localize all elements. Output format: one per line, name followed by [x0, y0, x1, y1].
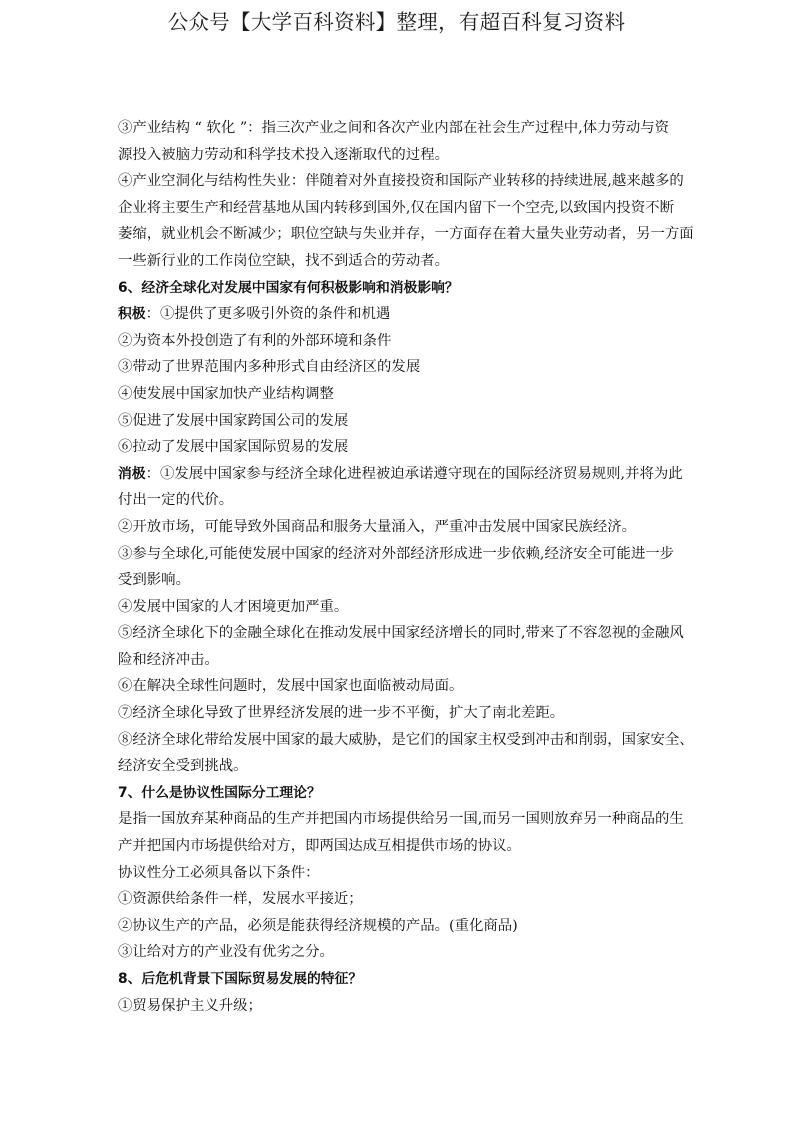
text-line: 源投入被脑力劳动和科学技术投入逐渐取代的过程。 — [118, 142, 676, 169]
label-separator: ： — [146, 306, 160, 322]
feature-item-1: ①贸易保护主义升级； — [118, 993, 676, 1020]
negative-item-8: ⑧经济全球化带给发展中国家的最大威胁，是它们的国家主权受到冲击和削弱，国家安全、 — [118, 727, 676, 754]
text-line: 一些新行业的工作岗位空缺，找不到适合的劳动者。 — [118, 248, 676, 275]
negative-item-4: ④发展中国家的人才困境更加严重。 — [118, 594, 676, 621]
conditions-intro: 协议性分工必须具备以下条件： — [118, 860, 676, 887]
negative-item-5-cont: 险和经济冲击。 — [118, 647, 676, 674]
section-heading-6: 6、经济全球化对发展中国家有何积极影响和消极影响？ — [118, 275, 676, 302]
positive-item-5: ⑤促进了发展中国家跨国公司的发展 — [118, 408, 676, 435]
text-line: ④产业空洞化与结构性失业：伴随着对外直接投资和国际产业转移的持续进展,越来越多的 — [118, 168, 676, 195]
positive-item-4: ④使发展中国家加快产业结构调整 — [118, 381, 676, 408]
positive-item-6: ⑥拉动了发展中国家国际贸易的发展 — [118, 434, 676, 461]
negative-item-1-cont: 付出一定的代价。 — [118, 487, 676, 514]
negative-item-3: ③参与全球化,可能使发展中国家的经济对外部经济形成进一步依赖,经济安全可能进一步 — [118, 541, 676, 568]
positive-item-3: ③带动了世界范围内多种形式自由经济区的发展 — [118, 354, 676, 381]
text-line: ③产业结构 “ 软化 ”：指三次产业之间和各次产业内部在社会生产过程中,体力劳动… — [118, 115, 676, 142]
document-body: ③产业结构 “ 软化 ”：指三次产业之间和各次产业内部在社会生产过程中,体力劳动… — [118, 115, 676, 1019]
negative-item-5: ⑤经济全球化下的金融全球化在推动发展中国家经济增长的同时,带来了不容忽视的金融风 — [118, 620, 676, 647]
page-header: 公众号【大学百科资料】整理，有超百科复习资料 — [0, 6, 793, 38]
negative-item-7: ⑦经济全球化导致了世界经济发展的进一步不平衡，扩大了南北差距。 — [118, 700, 676, 727]
condition-item-3: ③让给对方的产业没有优劣之分。 — [118, 939, 676, 966]
negative-item-6: ⑥在解决全球性问题时，发展中国家也面临被动局面。 — [118, 673, 676, 700]
section-heading-7: 7、什么是协议性国际分工理论？ — [118, 780, 676, 807]
positive-item-1: ①提供了更多吸引外资的条件和机遇 — [160, 306, 390, 322]
section-heading-8: 8、后危机背景下国际贸易发展的特征？ — [118, 966, 676, 993]
text-line: 企业将主要生产和经营基地从国内转移到国外,仅在国内留下一个空壳,以致国内投资不断 — [118, 195, 676, 222]
definition-line: 是指一国放弃某种商品的生产并把国内市场提供给另一国,而另一国则放弃另一种商品的生 — [118, 806, 676, 833]
positive-impacts-first: 积极：①提供了更多吸引外资的条件和机遇 — [118, 301, 676, 328]
condition-item-1: ①资源供给条件一样，发展水平接近； — [118, 886, 676, 913]
positive-item-2: ②为资本外投创造了有利的外部环境和条件 — [118, 328, 676, 355]
negative-label: 消极 — [118, 466, 146, 482]
definition-line: 产并把国内市场提供给对方，即两国达成互相提供市场的协议。 — [118, 833, 676, 860]
positive-label: 积极 — [118, 306, 146, 322]
negative-item-1: ①发展中国家参与经济全球化进程被迫承诺遵守现在的国际经济贸易规则,并将为此 — [160, 466, 683, 482]
text-line: 萎缩，就业机会不断减少；职位空缺与失业并存，一方面存在着大量失业劳动者，另一方面 — [118, 221, 676, 248]
negative-item-8-cont: 经济安全受到挑战。 — [118, 753, 676, 780]
condition-item-2: ②协议生产的产品，必须是能获得经济规模的产品。(重化商品) — [118, 913, 676, 940]
negative-item-3-cont: 受到影响。 — [118, 567, 676, 594]
negative-item-2: ②开放市场，可能导致外国商品和服务大量涌入，严重冲击发展中国家民族经济。 — [118, 514, 676, 541]
negative-impacts-first: 消极：①发展中国家参与经济全球化进程被迫承诺遵守现在的国际经济贸易规则,并将为此 — [118, 461, 676, 488]
label-separator: ： — [146, 466, 160, 482]
